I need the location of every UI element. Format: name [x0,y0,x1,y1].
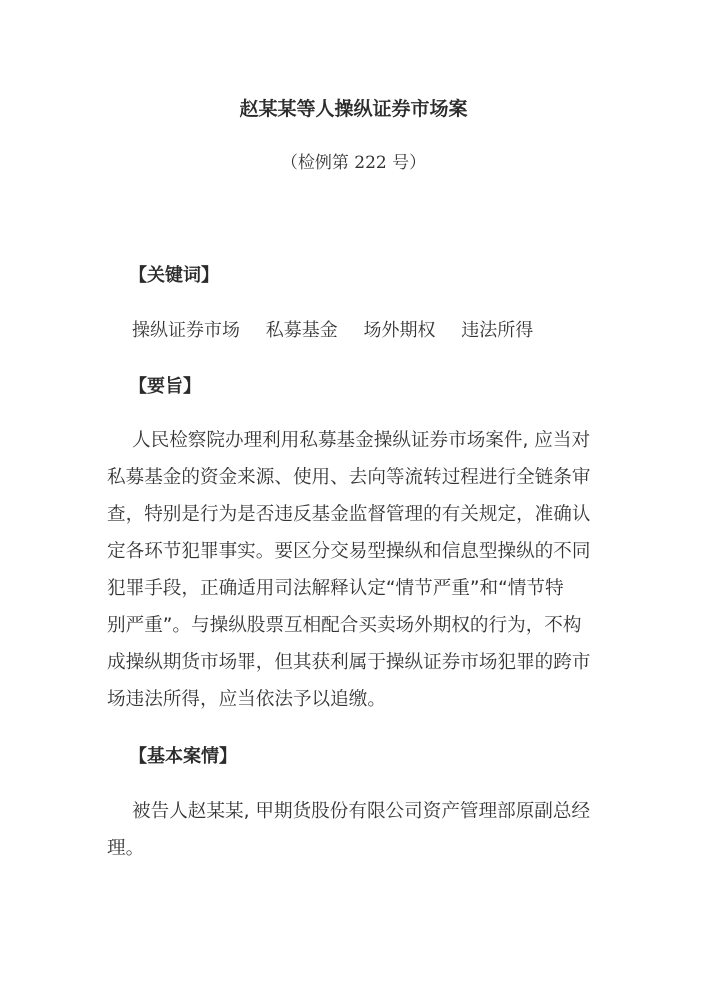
text-line: 私募基金的资金来源、使用、去向等流转过程进行全链条审 [107,459,601,496]
keywords-heading: 【关键词】 [129,261,219,287]
text-line: 被告人赵某某, 甲期货股份有限公司资产管理部原副总经 [107,793,601,830]
document-page: 赵某某等人操纵证券市场案 （检例第 222 号） 【关键词】 操纵证券市场 私募… [0,0,707,999]
case-number: （检例第 222 号） [0,148,707,173]
text-line: 场违法所得，应当依法予以追缴。 [107,681,601,718]
keyword: 私募基金 [266,320,338,341]
keyword: 操纵证券市场 [132,320,240,341]
facts-paragraph: 被告人赵某某, 甲期货股份有限公司资产管理部原副总经 理。 [107,793,601,867]
text-line: 别严重”。与操纵股票互相配合买卖场外期权的行为，不构 [107,607,601,644]
text-line: 定各环节犯罪事实。要区分交易型操纵和信息型操纵的不同 [107,533,601,570]
keywords-list: 操纵证券市场 私募基金 场外期权 违法所得 [132,316,553,342]
facts-heading: 【基本案情】 [129,742,237,768]
text-line: 成操纵期货市场罪，但其获利属于操纵证券市场犯罪的跨市 [107,644,601,681]
keyword: 违法所得 [461,320,533,341]
document-title: 赵某某等人操纵证券市场案 [0,94,707,121]
summary-paragraph: 人民检察院办理利用私募基金操纵证券市场案件, 应当对 私募基金的资金来源、使用、… [107,422,601,718]
text-line: 查，特别是行为是否违反基金监督管理的有关规定，准确认 [107,496,601,533]
keyword: 场外期权 [363,320,435,341]
text-line: 人民检察院办理利用私募基金操纵证券市场案件, 应当对 [107,422,601,459]
summary-heading: 【要旨】 [129,372,201,398]
text-line: 理。 [107,830,601,867]
text-line: 犯罪手段，正确适用司法解释认定“情节严重”和“情节特 [107,570,601,607]
